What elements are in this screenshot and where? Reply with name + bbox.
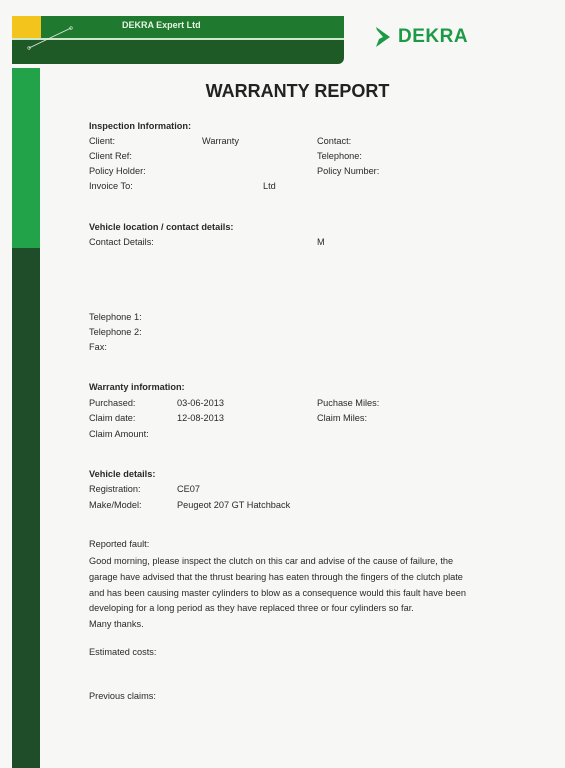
purchased-value: 03-06-2013: [177, 398, 224, 408]
fault-closing: Many thanks.: [89, 619, 144, 629]
purchased-label: Purchased:: [89, 398, 135, 408]
reported-fault-text: Good morning, please inspect the clutch …: [89, 554, 479, 633]
fax-label: Fax:: [89, 342, 107, 352]
page-title: WARRANTY REPORT: [0, 81, 565, 102]
claim-date-value: 12-08-2013: [177, 413, 224, 423]
contact-label: Contact:: [317, 136, 351, 146]
contact-details-label: Contact Details:: [89, 237, 154, 247]
dekra-logo: DEKRA: [374, 26, 468, 48]
telephone-label: Telephone:: [317, 151, 362, 161]
claim-date-label: Claim date:: [89, 413, 135, 423]
invoice-to-label: Invoice To:: [89, 181, 133, 191]
warranty-heading: Warranty information:: [89, 382, 185, 392]
vehicle-details-heading: Vehicle details:: [89, 469, 155, 479]
company-banner: DEKRA Expert Ltd: [12, 16, 344, 64]
dekra-arrow-icon: [374, 26, 392, 48]
pen-mark-icon: [27, 26, 75, 56]
registration-value: CE07: [177, 484, 200, 494]
invoice-to-value: Ltd: [263, 181, 276, 191]
reported-fault-label: Reported fault:: [89, 539, 149, 549]
logo-text: DEKRA: [398, 26, 468, 48]
make-model-label: Make/Model:: [89, 500, 142, 510]
inspection-heading: Inspection Information:: [89, 121, 191, 131]
fault-description: Good morning, please inspect the clutch …: [89, 556, 466, 613]
client-ref-label: Client Ref:: [89, 151, 132, 161]
sidebar-accent-dark: [12, 248, 40, 768]
policy-holder-label: Policy Holder:: [89, 166, 146, 176]
previous-claims-label: Previous claims:: [89, 691, 156, 701]
client-label: Client:: [89, 136, 115, 146]
telephone1-label: Telephone 1:: [89, 312, 142, 322]
registration-label: Registration:: [89, 484, 141, 494]
client-value: Warranty: [202, 136, 239, 146]
vehicle-location-heading: Vehicle location / contact details:: [89, 222, 234, 232]
make-model-value: Peugeot 207 GT Hatchback: [177, 500, 290, 510]
banner-company-name: DEKRA Expert Ltd: [122, 20, 201, 30]
claim-amount-label: Claim Amount:: [89, 429, 149, 439]
purchase-miles-label: Puchase Miles:: [317, 398, 379, 408]
policy-number-label: Policy Number:: [317, 166, 379, 176]
address-value: M: [317, 237, 325, 247]
claim-miles-label: Claim Miles:: [317, 413, 367, 423]
telephone2-label: Telephone 2:: [89, 327, 142, 337]
estimated-costs-label: Estimated costs:: [89, 647, 156, 657]
